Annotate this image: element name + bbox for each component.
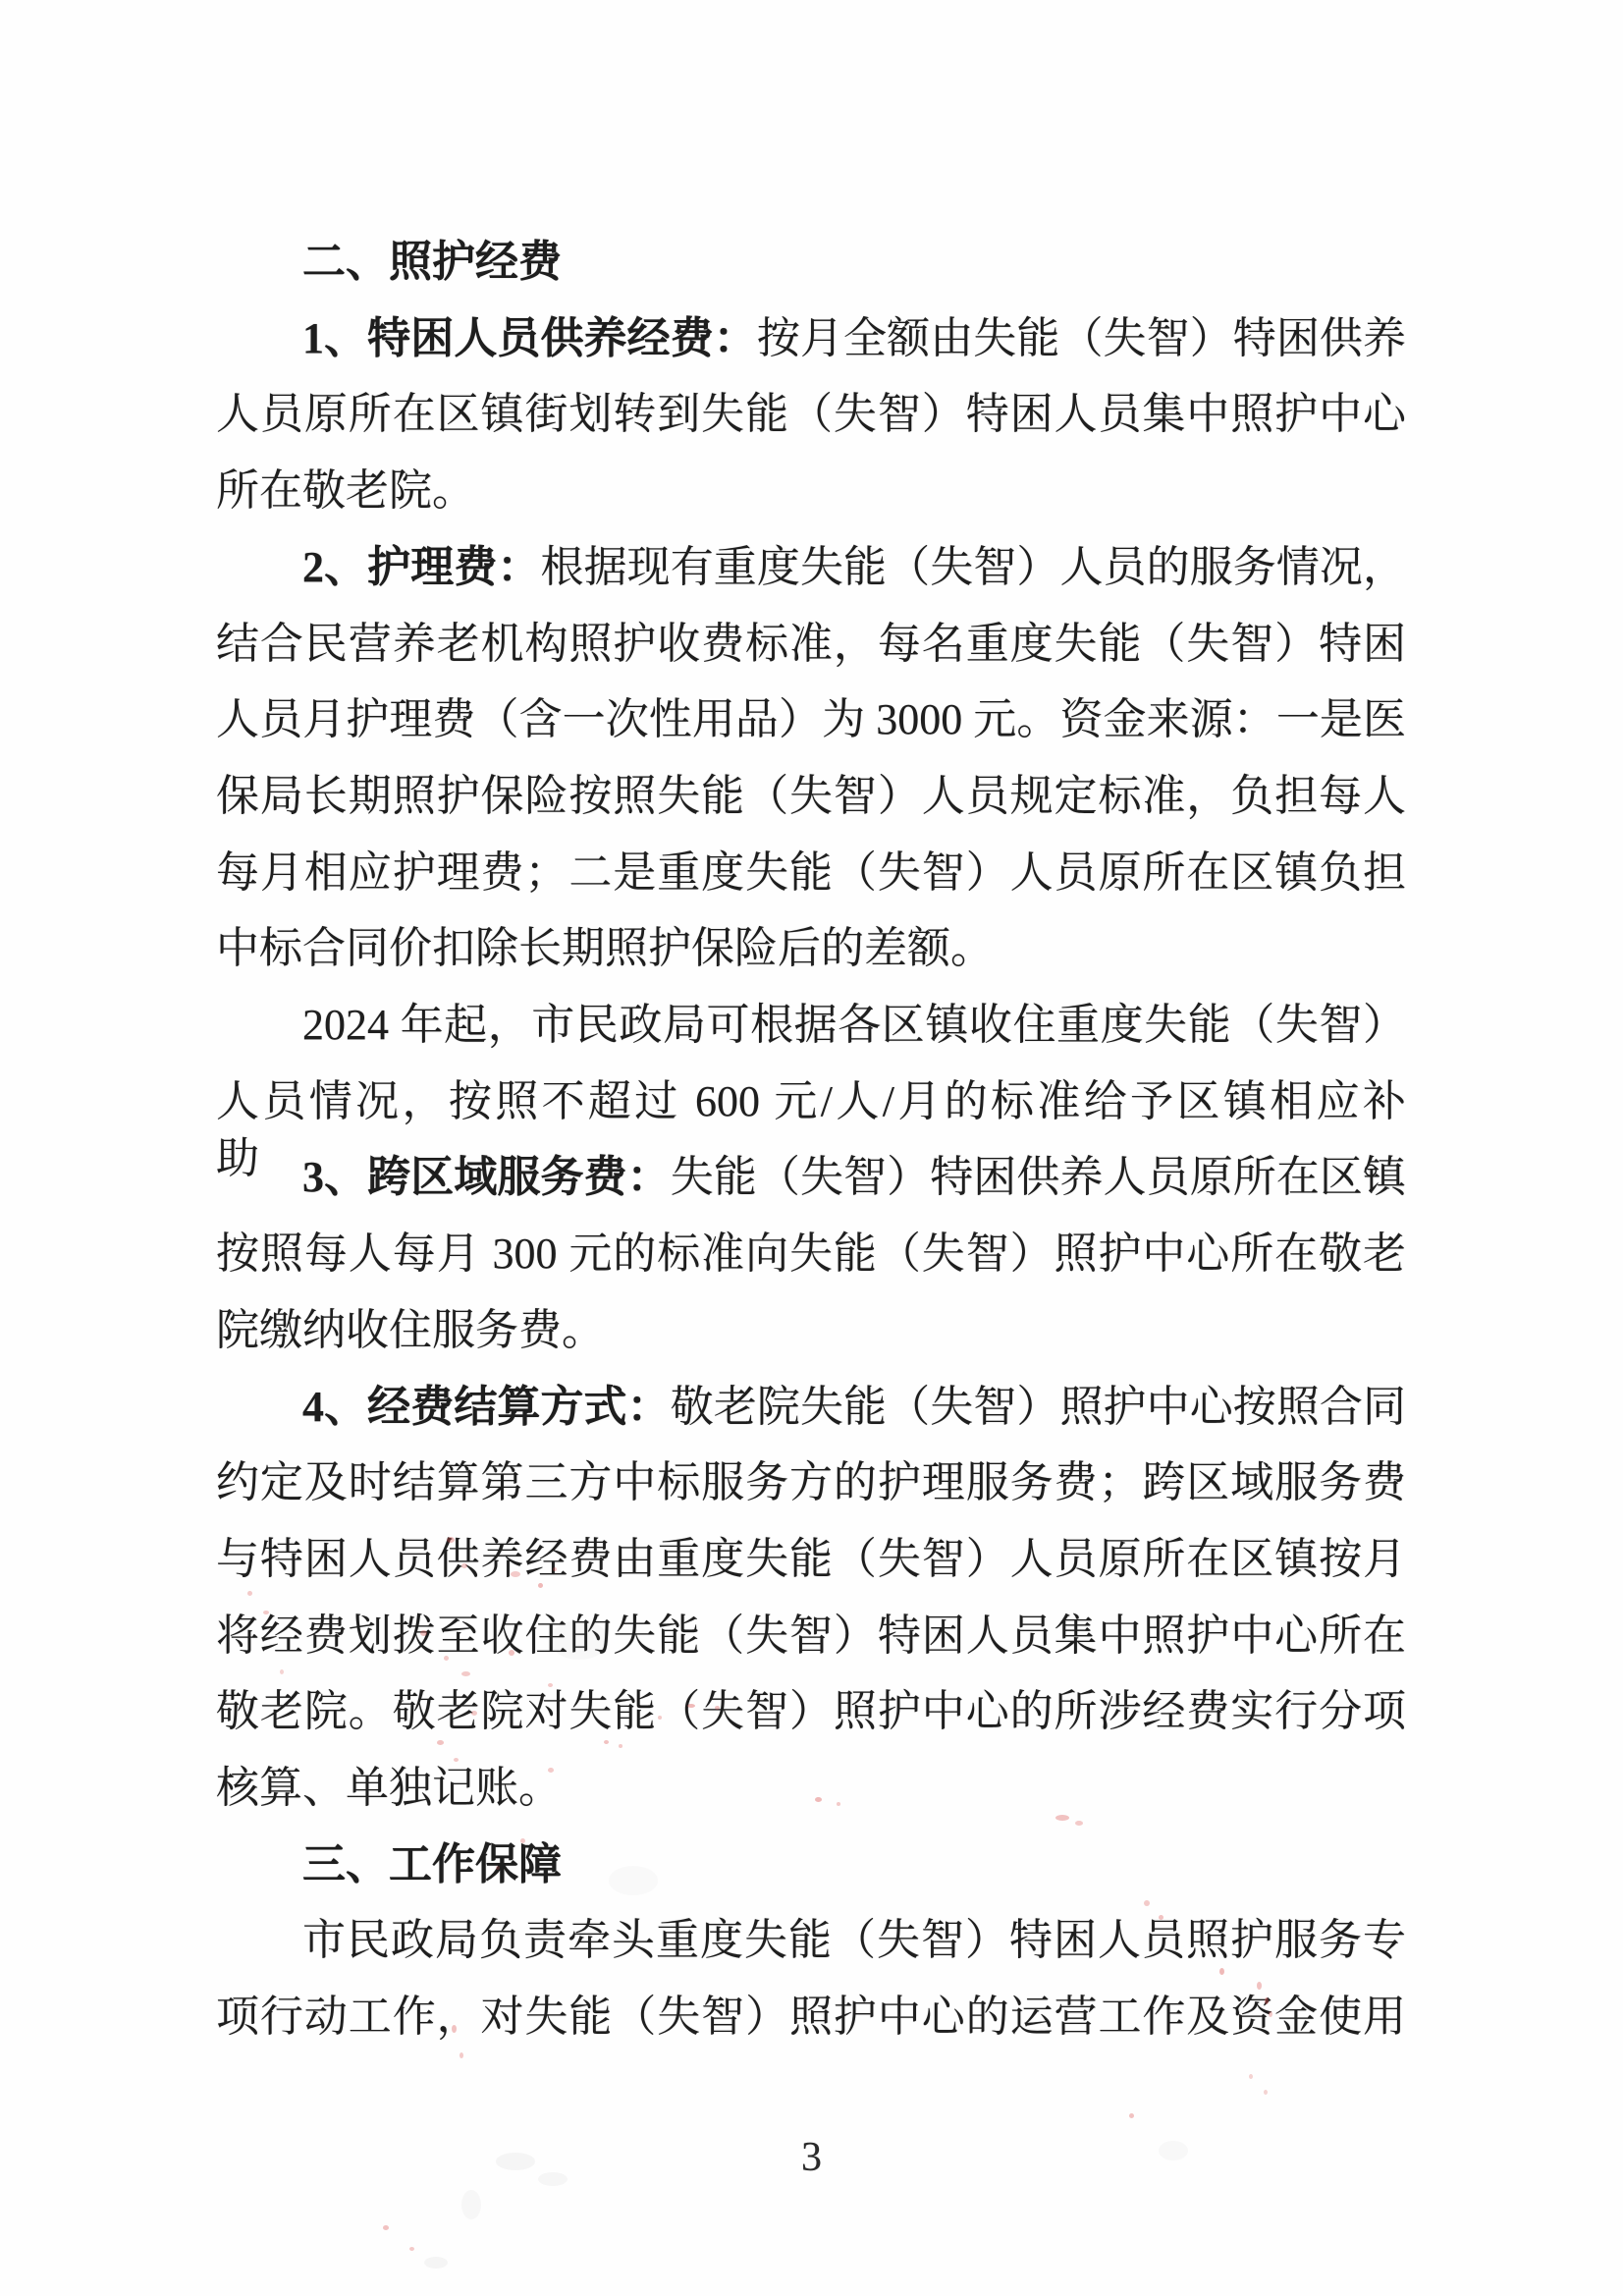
scanned-document-page: 二、照护经费1、特困人员供养经费：按月全额由失能（失智）特困供养人员原所在区镇街… bbox=[0, 0, 1623, 2296]
red-bleed-speck bbox=[1075, 1821, 1083, 1826]
red-bleed-speck bbox=[619, 1744, 622, 1748]
bold-label: 2、护理费： bbox=[302, 543, 540, 591]
red-bleed-speck bbox=[383, 2225, 389, 2230]
document-line: 人员情况，按照不超过 600 元/人/月的标准给予区镇相应补助。 bbox=[216, 1073, 1406, 1130]
bold-label: 1、特困人员供养经费： bbox=[302, 314, 757, 362]
document-line: 院缴纳收住服务费。 bbox=[216, 1302, 1406, 1359]
red-bleed-speck bbox=[1129, 2113, 1134, 2118]
document-line: 人员月护理费（含一次性用品）为 3000 元。资金来源：一是医 bbox=[216, 691, 1406, 748]
bold-label: 4、经费结算方式： bbox=[302, 1383, 671, 1431]
document-line: 4、经费结算方式：敬老院失能（失智）照护中心按照合同 bbox=[216, 1379, 1406, 1436]
document-line: 3、跨区域服务费：失能（失智）特困供养人员原所在区镇 bbox=[216, 1149, 1406, 1206]
page-number: 3 bbox=[0, 2133, 1623, 2182]
gray-smudge bbox=[461, 2190, 481, 2219]
document-line: 保局长期照护保险按照失能（失智）人员规定标准，负担每人 bbox=[216, 768, 1406, 825]
red-bleed-speck bbox=[460, 2052, 463, 2058]
document-line: 市民政局负责牵头重度失能（失智）特困人员照护服务专 bbox=[216, 1912, 1406, 1969]
gray-smudge bbox=[424, 2257, 448, 2269]
bold-label: 3、跨区域服务费： bbox=[302, 1153, 671, 1201]
red-bleed-speck bbox=[437, 1740, 444, 1745]
document-line: 按照每人每月 300 元的标准向失能（失智）照护中心所在敬老 bbox=[216, 1226, 1406, 1283]
red-bleed-speck bbox=[1264, 2090, 1268, 2095]
document-line: 每月相应护理费；二是重度失能（失智）人员原所在区镇负担 bbox=[216, 845, 1406, 902]
document-line: 所在敬老院。 bbox=[216, 463, 1406, 519]
document-line: 将经费划拨至收住的失能（失智）特困人员集中照护中心所在 bbox=[216, 1608, 1406, 1665]
document-line: 结合民营养老机构照护收费标准，每名重度失能（失智）特困 bbox=[216, 616, 1406, 673]
document-line: 敬老院。敬老院对失能（失智）照护中心的所涉经费实行分项 bbox=[216, 1683, 1406, 1740]
bold-label: 二、照护经费 bbox=[302, 238, 562, 286]
red-bleed-speck bbox=[409, 2247, 414, 2251]
red-bleed-speck bbox=[280, 1669, 284, 1674]
red-bleed-speck bbox=[461, 1671, 470, 1676]
red-bleed-speck bbox=[1219, 1968, 1224, 1975]
document-line: 三、工作保障 bbox=[216, 1836, 1406, 1893]
bold-label: 三、工作保障 bbox=[302, 1840, 562, 1888]
document-line: 1、特困人员供养经费：按月全额由失能（失智）特困供养 bbox=[216, 310, 1406, 367]
document-line: 人员原所在区镇街划转到失能（失智）特困人员集中照护中心 bbox=[216, 386, 1406, 443]
red-bleed-speck bbox=[1144, 1900, 1150, 1906]
red-bleed-speck bbox=[1249, 2074, 1253, 2079]
document-line: 与特困人员供养经费由重度失能（失智）人员原所在区镇按月 bbox=[216, 1531, 1406, 1588]
document-line: 二、照护经费 bbox=[216, 234, 1406, 291]
document-line: 项行动工作，对失能（失智）照护中心的运营工作及资金使用 bbox=[216, 1989, 1406, 2046]
document-line: 中标合同价扣除长期照护保险后的差额。 bbox=[216, 920, 1406, 977]
document-line: 2024 年起，市民政局可根据各区镇收住重度失能（失智） bbox=[216, 997, 1406, 1054]
document-line: 核算、单独记账。 bbox=[216, 1760, 1406, 1817]
red-bleed-speck bbox=[247, 1591, 252, 1596]
document-line: 2、护理费：根据现有重度失能（失智）人员的服务情况， bbox=[216, 539, 1406, 596]
red-bleed-speck bbox=[604, 1740, 609, 1744]
document-line: 约定及时结算第三方中标服务方的护理服务费；跨区域服务费 bbox=[216, 1454, 1406, 1511]
